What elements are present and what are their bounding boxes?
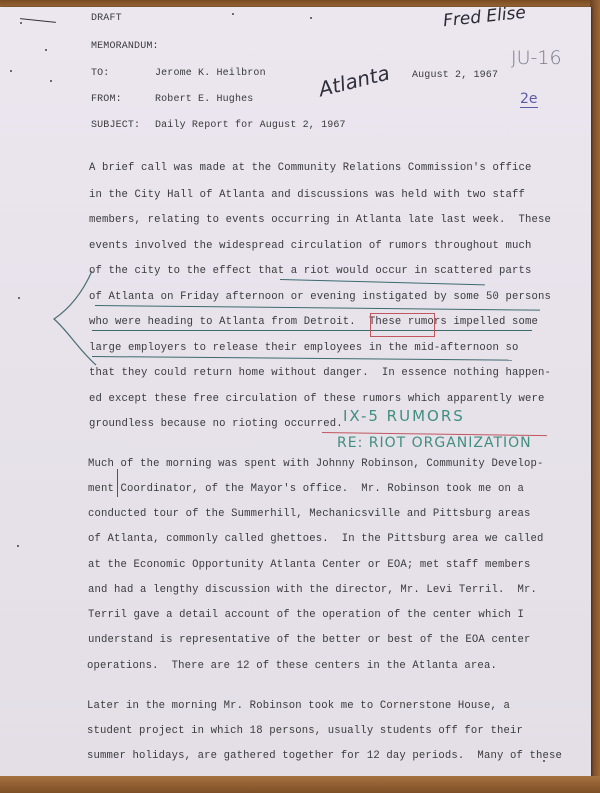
from-value: Robert E. Hughes <box>155 94 253 105</box>
p1-line: A brief call was made at the Community R… <box>89 162 532 174</box>
pen-underline <box>280 279 485 285</box>
p1-line: members, relating to events occurring in… <box>89 214 551 226</box>
handwritten-rumors-code: IX-5 RUMORS <box>343 407 465 425</box>
p1-line: ed except these free circulation of thes… <box>89 393 545 405</box>
dust-speck <box>50 80 52 82</box>
handwritten-margin-code: JU-16 <box>511 47 562 69</box>
p1-line: in the City Hall of Atlanta and discussi… <box>89 189 525 201</box>
p1-line: groundless because no rioting occurred. <box>89 418 343 430</box>
p1-line: large employers to release their employe… <box>89 342 518 354</box>
draft-label: DRAFT <box>91 13 122 24</box>
p1-line: that they could return home without dang… <box>89 367 551 379</box>
to-value: Jerome K. Heilbron <box>155 68 266 79</box>
p3-line: student project in which 18 persons, usu… <box>87 725 523 737</box>
desk-surface-right <box>590 0 600 793</box>
dust-speck <box>45 49 47 51</box>
pen-underline <box>92 330 532 331</box>
pen-underline <box>92 356 512 361</box>
boxed-word-highlight <box>370 313 435 337</box>
p2-line: Terril gave a detail account of the oper… <box>88 609 524 621</box>
dust-speck <box>17 545 19 547</box>
pen-stroke-top-left <box>20 18 56 23</box>
memo-page: DRAFT MEMORANDUM: TO: Jerome K. Heilbron… <box>0 7 591 777</box>
p3-line: Later in the morning Mr. Robinson took m… <box>87 700 510 712</box>
p2-line: conducted tour of the Summerhill, Mechan… <box>88 508 531 520</box>
subject-label: SUBJECT: <box>91 120 140 131</box>
memo-label: MEMORANDUM: <box>91 41 159 52</box>
subject-value: Daily Report for August 2, 1967 <box>155 120 346 131</box>
dust-speck <box>10 70 12 72</box>
p1-line: events involved the widespread circulati… <box>89 240 532 252</box>
margin-bracket <box>40 269 100 369</box>
p1-line: who were heading to Atlanta from Detroit… <box>89 316 538 328</box>
from-label: FROM: <box>91 94 122 105</box>
p3-line: summer holidays, are gathered together f… <box>87 750 562 762</box>
dust-speck <box>20 22 22 24</box>
p2-line: understand is representative of the bett… <box>88 634 531 646</box>
p2-line: operations. There are 12 of these center… <box>87 660 497 672</box>
pen-underline <box>95 305 540 311</box>
dust-speck <box>18 297 20 299</box>
handwritten-signature: Fred Elise <box>442 3 527 32</box>
dust-speck <box>310 17 312 19</box>
handwritten-margin-number: 2e <box>520 91 538 108</box>
p1-line: of the city to the effect that a riot wo… <box>89 265 532 277</box>
p2-line: and had a lengthy discussion with the di… <box>88 584 537 596</box>
dust-speck <box>543 760 545 762</box>
p1-line: of Atlanta on Friday afternoon or evenin… <box>89 291 551 303</box>
pencil-mark <box>117 469 118 497</box>
p2-line: ment Coordinator, of the Mayor's office.… <box>88 483 524 495</box>
memo-date: August 2, 1967 <box>412 70 498 81</box>
p2-line: of Atlanta, commonly called ghettoes. In… <box>88 533 544 545</box>
handwritten-riot-code: RE: RIOT ORGANIZATION <box>337 435 532 451</box>
dust-speck <box>232 13 234 15</box>
to-label: TO: <box>91 68 109 79</box>
p2-line: Much of the morning was spent with Johnn… <box>88 458 544 470</box>
handwritten-place-note: Atlanta <box>316 61 392 102</box>
p2-line: at the Economic Opportunity Atlanta Cent… <box>88 559 531 571</box>
desk-surface-bottom <box>0 776 600 793</box>
